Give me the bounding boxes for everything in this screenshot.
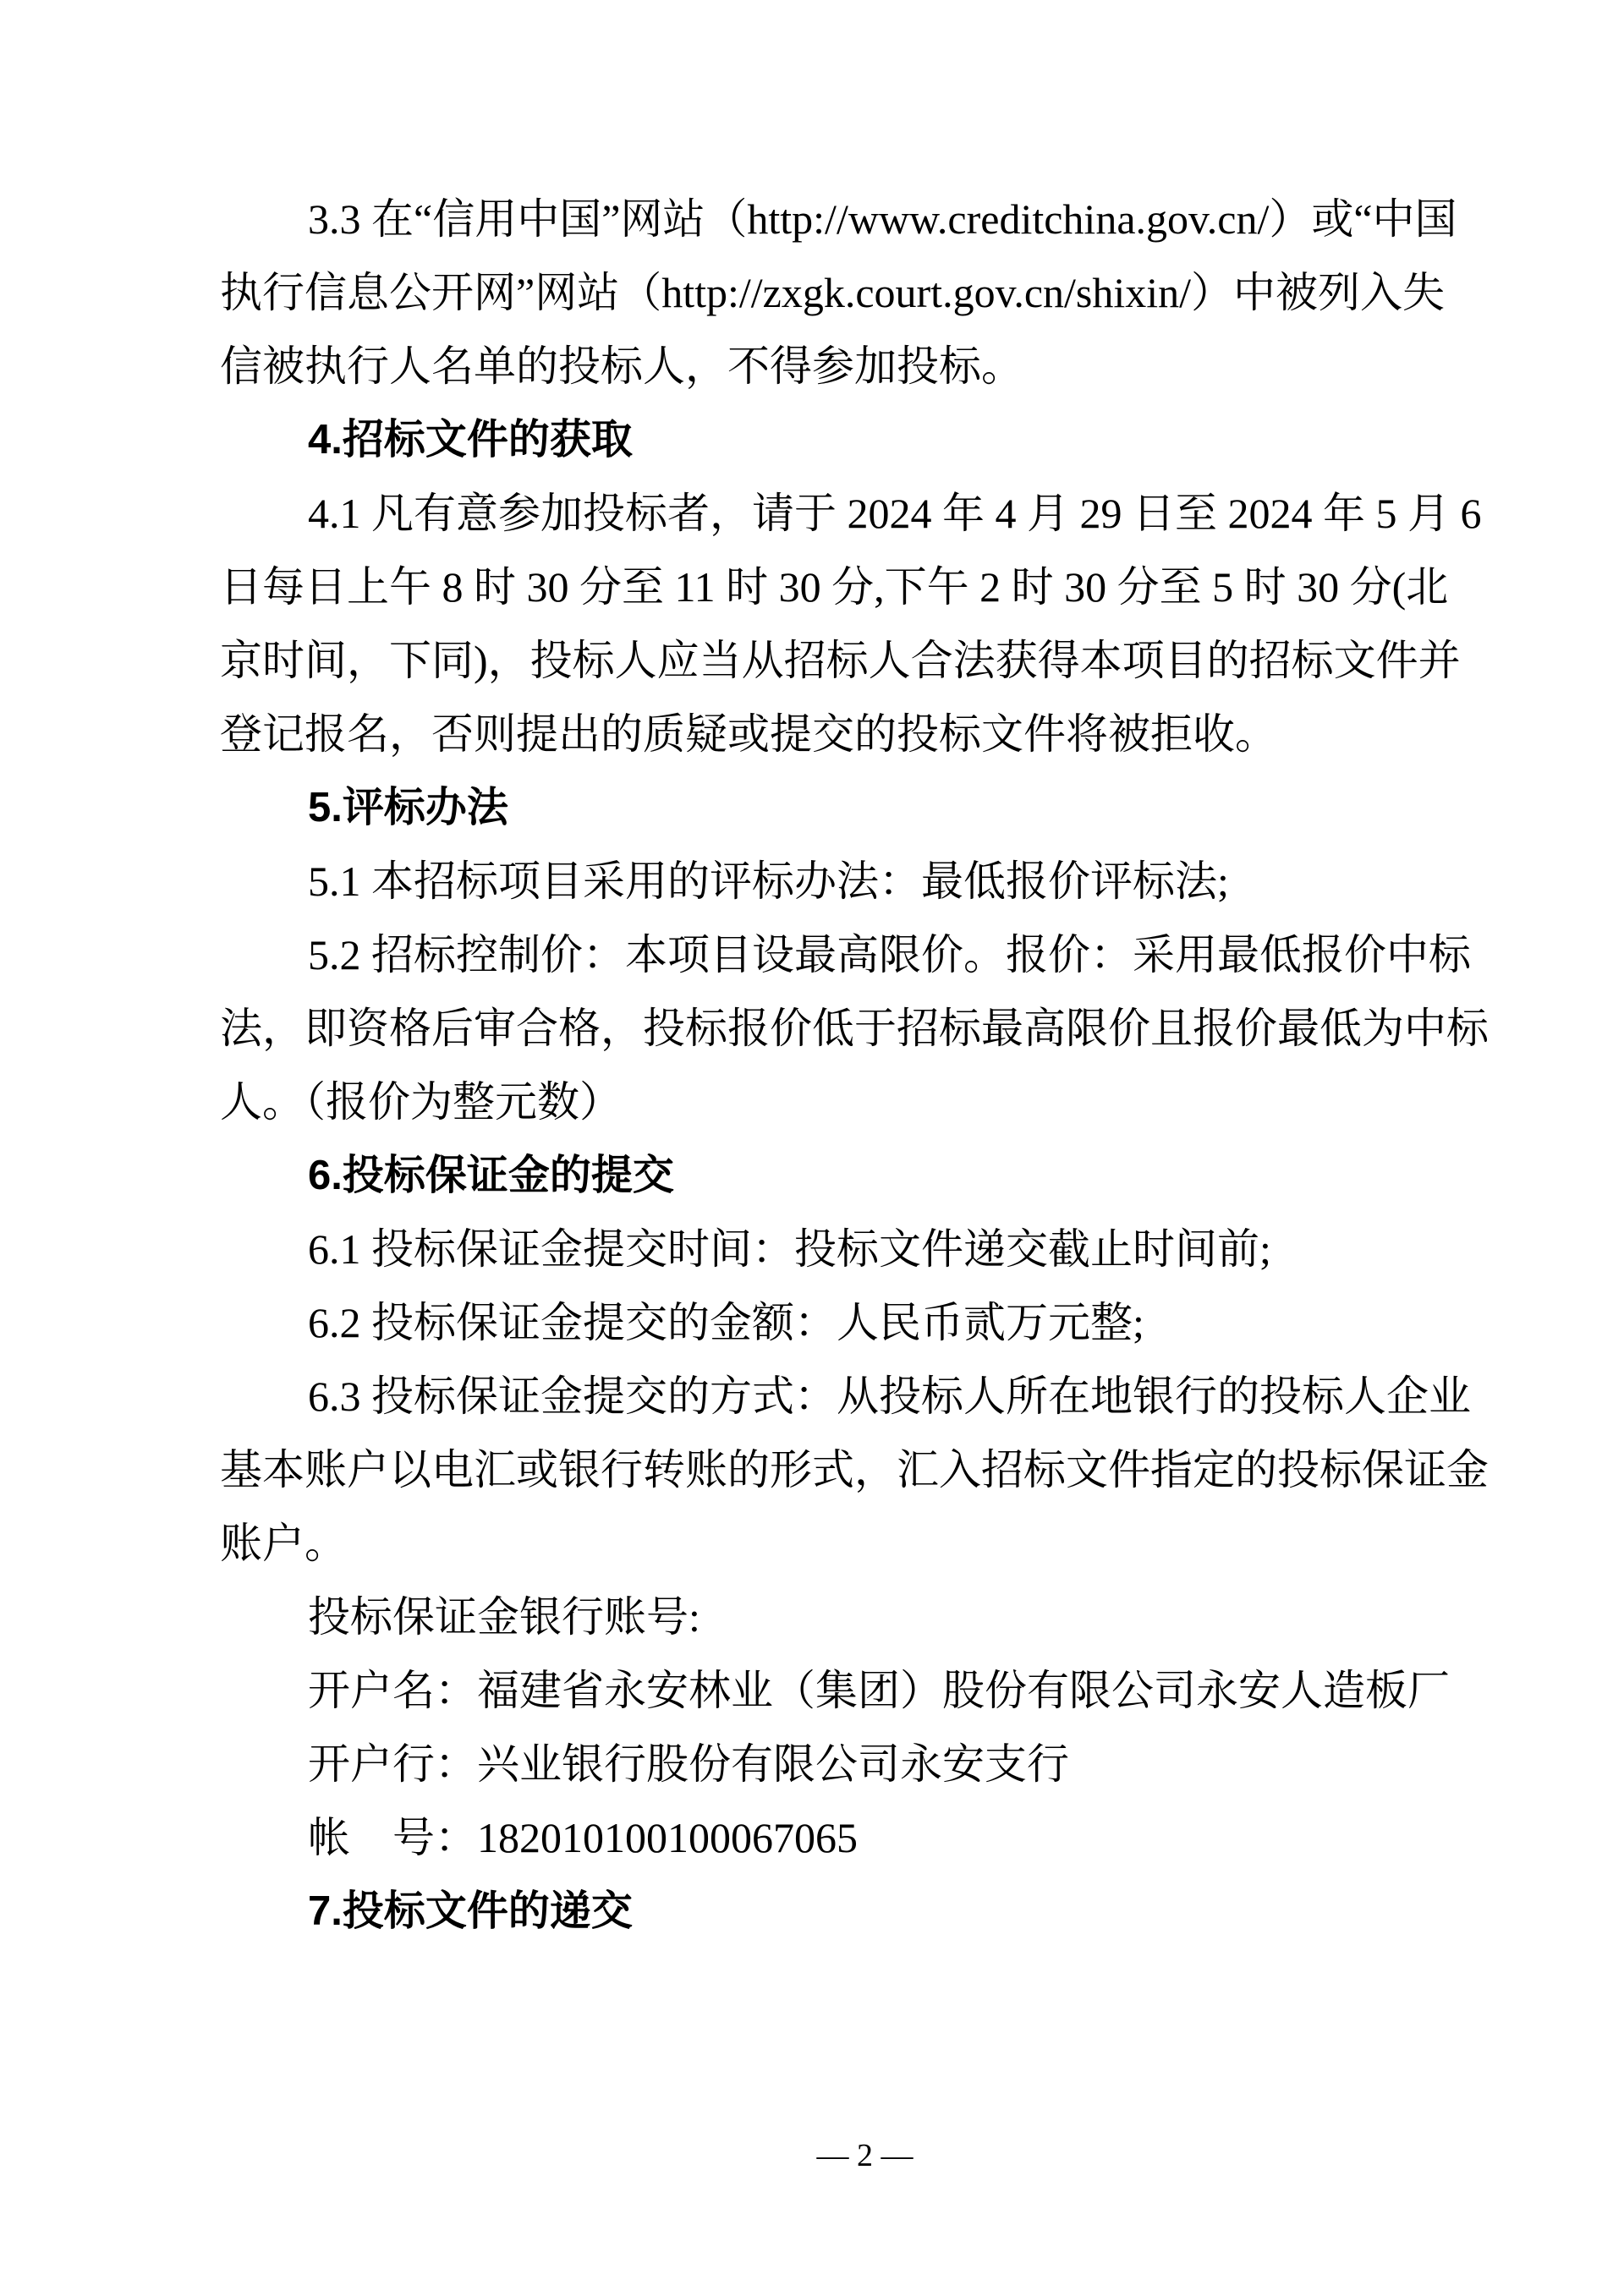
text-line: 投标保证金银行账号:	[220, 1581, 1510, 1654]
section-heading: 7.投标文件的递交	[220, 1875, 1510, 1948]
text-line: 3.3 在“信用中国”网站（http://www.creditchina.gov…	[220, 183, 1510, 256]
document-body: 3.3 在“信用中国”网站（http://www.creditchina.gov…	[220, 183, 1510, 1948]
text-line: 6.1 投标保证金提交时间：投标文件递交截止时间前;	[220, 1213, 1510, 1286]
text-line: 登记报名，否则提出的质疑或提交的投标文件将被拒收。	[220, 698, 1510, 771]
text-line: 基本账户以电汇或银行转账的形式，汇入招标文件指定的投标保证金	[220, 1433, 1510, 1507]
text-line: 5.1 本招标项目采用的评标办法：最低报价评标法;	[220, 845, 1510, 918]
text-line: 帐 号：182010100100067065	[220, 1801, 1510, 1875]
text-line: 账户。	[220, 1507, 1510, 1581]
text-line: 6.3 投标保证金提交的方式：从投标人所在地银行的投标人企业	[220, 1360, 1510, 1433]
text-line: 法，即资格后审合格，投标报价低于招标最高限价且报价最低为中标	[220, 992, 1510, 1066]
text-line: 4.1 凡有意参加投标者，请于 2024 年 4 月 29 日至 2024 年 …	[220, 477, 1510, 551]
section-heading: 6.投标保证金的提交	[220, 1139, 1510, 1213]
text-line: 信被执行人名单的投标人，不得参加投标。	[220, 330, 1510, 403]
text-line: 开户名：福建省永安林业（集团）股份有限公司永安人造板厂	[220, 1654, 1510, 1728]
text-line: 京时间，下同)，投标人应当从招标人合法获得本项目的招标文件并	[220, 624, 1510, 698]
text-line: 人。（报价为整元数）	[220, 1066, 1510, 1139]
text-line: 6.2 投标保证金提交的金额：人民币贰万元整;	[220, 1286, 1510, 1360]
text-line: 日每日上午 8 时 30 分至 11 时 30 分,下午 2 时 30 分至 5…	[220, 551, 1510, 624]
page-number: — 2 —	[817, 2138, 913, 2173]
section-heading: 4.招标文件的获取	[220, 403, 1510, 477]
document-page: 3.3 在“信用中国”网站（http://www.creditchina.gov…	[0, 0, 1624, 2296]
text-line: 执行信息公开网”网站（http://zxgk.court.gov.cn/shix…	[220, 256, 1510, 330]
page-footer: — 2 —	[220, 2134, 1510, 2177]
text-line: 开户行：兴业银行股份有限公司永安支行	[220, 1728, 1510, 1801]
section-heading: 5.评标办法	[220, 771, 1510, 845]
text-line: 5.2 招标控制价：本项目设最高限价。报价：采用最低报价中标	[220, 918, 1510, 992]
